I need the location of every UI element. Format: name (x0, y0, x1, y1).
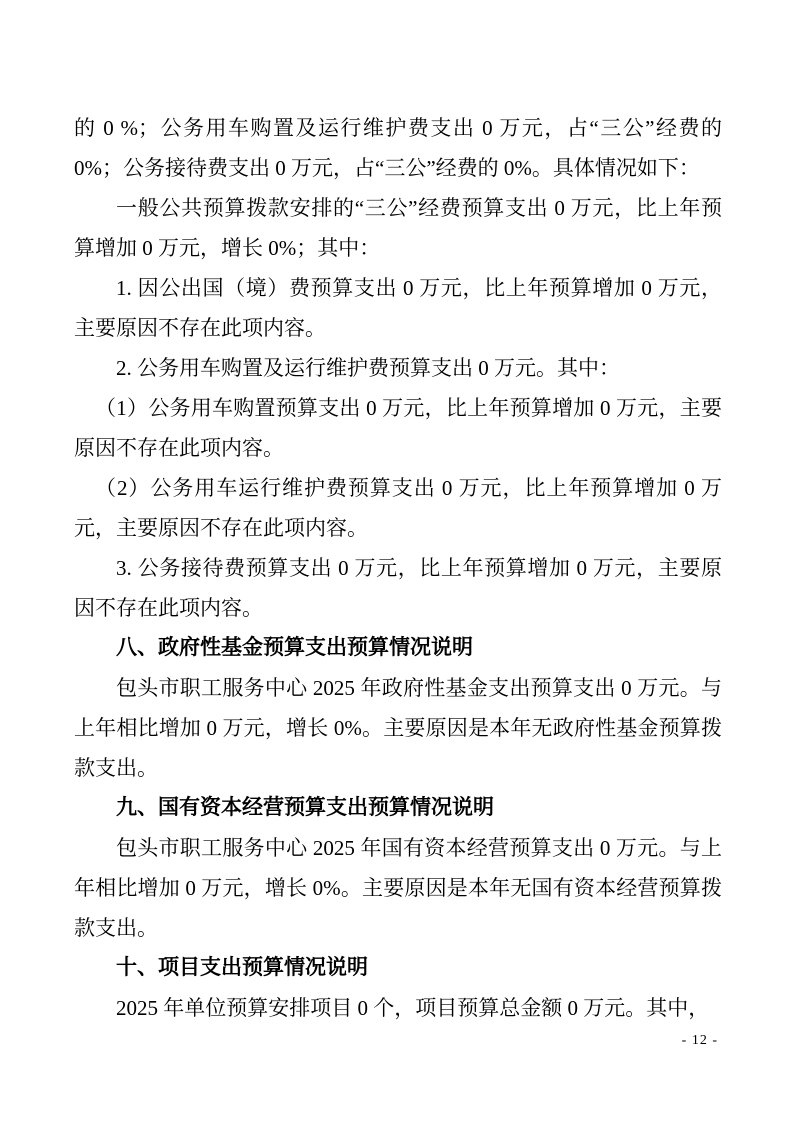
body-paragraph: 2. 公务用车购置及运行维护费预算支出 0 万元。其中： (74, 348, 722, 388)
body-paragraph: 2025 年单位预算安排项目 0 个，项目预算总金额 0 万元。其中， (74, 988, 722, 1028)
section-heading: 九、国有资本经营预算支出预算情况说明 (74, 788, 722, 828)
body-paragraph: 3. 公务接待费预算支出 0 万元，比上年预算增加 0 万元，主要原因不存在此项… (74, 548, 722, 628)
body-paragraph: 1. 因公出国（境）费预算支出 0 万元，比上年预算增加 0 万元，主要原因不存… (74, 268, 722, 348)
document-page: 的 0 %；公务用车购置及运行维护费支出 0 万元，占“三公”经费的 0%；公务… (0, 0, 794, 1123)
body-paragraph: 包头市职工服务中心 2025 年政府性基金支出预算支出 0 万元。与上年相比增加… (74, 668, 722, 788)
body-paragraph: 一般公共预算拨款安排的“三公”经费预算支出 0 万元，比上年预算增加 0 万元，… (74, 188, 722, 268)
body-paragraph: （2）公务用车运行维护费预算支出 0 万元，比上年预算增加 0 万元，主要原因不… (74, 468, 722, 548)
section-heading: 十、项目支出预算情况说明 (74, 948, 722, 988)
body-paragraph: 的 0 %；公务用车购置及运行维护费支出 0 万元，占“三公”经费的 0%；公务… (74, 108, 722, 188)
body-paragraph: （1）公务用车购置预算支出 0 万元，比上年预算增加 0 万元，主要原因不存在此… (74, 388, 722, 468)
section-heading: 八、政府性基金预算支出预算情况说明 (74, 628, 722, 668)
page-content: 的 0 %；公务用车购置及运行维护费支出 0 万元，占“三公”经费的 0%；公务… (74, 108, 722, 1028)
page-number: - 12 - (682, 1032, 718, 1050)
body-paragraph: 包头市职工服务中心 2025 年国有资本经营预算支出 0 万元。与上年相比增加 … (74, 828, 722, 948)
